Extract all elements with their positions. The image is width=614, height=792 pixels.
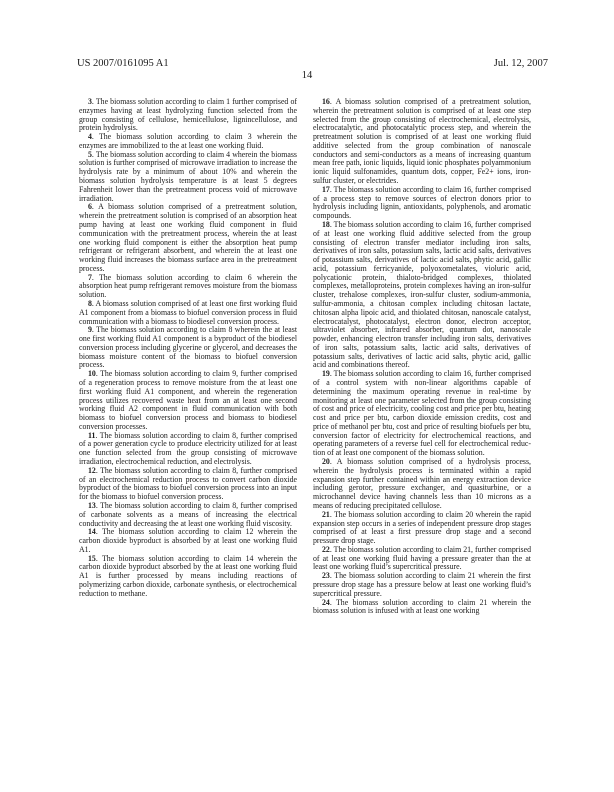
claim-4: 4. The biomass solution according to cla… [79, 133, 297, 151]
claim-number: 12 [88, 466, 96, 475]
claim-text: . The biomass solution according to clai… [313, 369, 531, 457]
claim-text: . The biomass solution according to clai… [313, 598, 531, 616]
claim-18: 18. The biomass solution according to cl… [313, 221, 531, 370]
claim-number: 10 [88, 369, 96, 378]
claim-11: 11. The biomass solution according to cl… [79, 432, 297, 467]
claim-number: 14 [88, 527, 96, 536]
claim-number: 21 [322, 510, 330, 519]
claim-text: . A biomass solution comprised of a pret… [79, 202, 297, 272]
claim-15: 15. The biomass solution according to cl… [79, 555, 297, 599]
claim-text: . The biomass solution according to clai… [313, 510, 531, 545]
claim-22: 22. The biomass solution according to cl… [313, 546, 531, 572]
claim-number: 19 [322, 369, 330, 378]
claim-5: 5. The biomass solution according to cla… [79, 151, 297, 204]
page-number: 14 [0, 70, 614, 81]
claim-text: . The biomass solution according to clai… [79, 431, 297, 466]
claim-text: . The biomass solution according to clai… [79, 554, 297, 598]
claim-number: 24 [322, 598, 330, 607]
claim-text: . The biomass solution according to clai… [79, 369, 297, 431]
right-column: 16. A biomass solution comprised of a pr… [313, 98, 531, 616]
claim-19: 19. The biomass solution according to cl… [313, 370, 531, 458]
claim-24: 24. The biomass solution according to cl… [313, 599, 531, 617]
claim-text: . The biomass solution according to clai… [313, 220, 531, 370]
claim-number: 15 [88, 554, 96, 563]
claim-text: . The biomass solution according to clai… [79, 466, 297, 501]
claim-text: . The biomass solution according to clai… [79, 273, 297, 300]
claim-text: . The biomass solution according to clai… [313, 545, 531, 572]
publication-number: US 2007/0161095 A1 [77, 58, 169, 69]
claim-13: 13. The biomass solution according to cl… [79, 502, 297, 528]
claim-17: 17. The biomass solution according to cl… [313, 186, 531, 221]
claim-text: . The biomass solution according to clai… [79, 132, 297, 150]
claim-3: 3. The biomass solution according to cla… [79, 98, 297, 133]
claim-23: 23. The biomass solution according to cl… [313, 572, 531, 598]
claim-number: 13 [88, 501, 96, 510]
claim-21: 21. The biomass solution according to cl… [313, 511, 531, 546]
publication-date: Jul. 12, 2007 [494, 58, 548, 69]
claim-12: 12. The biomass solution according to cl… [79, 467, 297, 502]
claim-text: . The biomass solution according to clai… [79, 501, 297, 528]
claim-20: 20. A biomass solution comprised of a hy… [313, 458, 531, 511]
claim-14: 14. The biomass solution according to cl… [79, 528, 297, 554]
claim-text: . The biomass solution according to clai… [313, 571, 531, 598]
claim-number: 16 [322, 97, 330, 106]
claim-text: . The biomass solution according to clai… [79, 325, 297, 369]
claim-text: . A biomass solution comprised of at lea… [79, 299, 297, 326]
claim-text: . The biomass solution according to clai… [313, 185, 531, 220]
claim-6: 6. A biomass solution comprised of a pre… [79, 203, 297, 273]
claim-number: 20 [322, 457, 330, 466]
claim-9: 9. The biomass solution according to cla… [79, 326, 297, 370]
claim-number: 17 [322, 185, 330, 194]
claim-number: 18 [322, 220, 330, 229]
claim-text: . The biomass solution according to clai… [79, 97, 297, 132]
claim-16: 16. A biomass solution comprised of a pr… [313, 98, 531, 186]
claim-8: 8. A biomass solution comprised of at le… [79, 300, 297, 326]
claim-text: . The biomass solution according to clai… [79, 527, 297, 554]
claim-text: . A biomass solution comprised of a pret… [313, 97, 531, 185]
claim-number: 23 [322, 571, 330, 580]
claim-7: 7. The biomass solution according to cla… [79, 274, 297, 300]
claim-number: 22 [322, 545, 330, 554]
claim-text: . The biomass solution according to clai… [79, 150, 297, 203]
claim-10: 10. The biomass solution according to cl… [79, 370, 297, 431]
claim-text: . A biomass solution comprised of a hydr… [313, 457, 531, 510]
left-column: 3. The biomass solution according to cla… [79, 98, 297, 599]
